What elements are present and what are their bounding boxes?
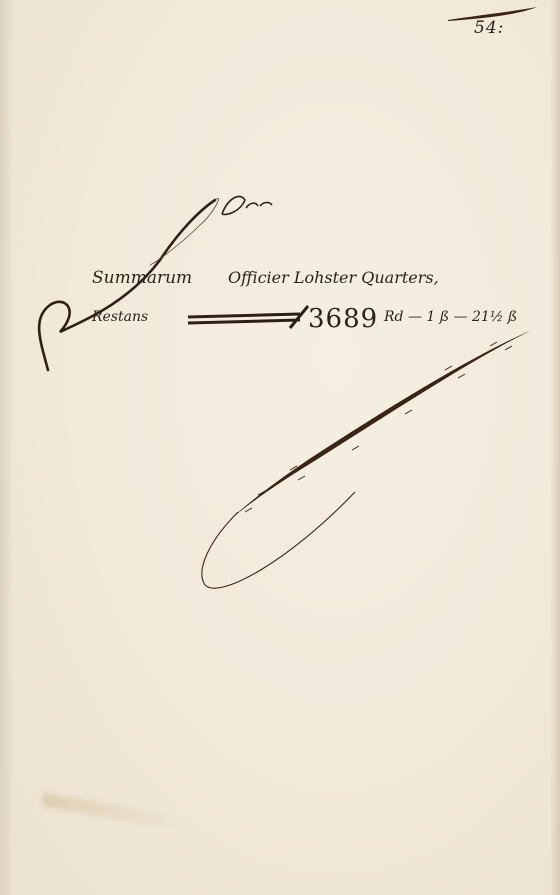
- manuscript-page: 54: Summarum Officier Lohster Quarters, …: [0, 0, 560, 895]
- summarum-text: Summarum: [92, 268, 192, 288]
- summarum-head: [222, 196, 272, 214]
- balance-amount: 3689: [308, 304, 378, 334]
- ink-flourishes: [0, 0, 560, 895]
- stroke-hatching: [245, 342, 512, 512]
- closing-loop: [202, 492, 355, 588]
- restans-rule: [188, 306, 308, 328]
- summarum-loop: [150, 198, 219, 265]
- officier-quarters-text: Officier Lohster Quarters,: [228, 268, 439, 287]
- restans-label: Restans: [92, 309, 148, 325]
- page-number: 54:: [474, 18, 504, 38]
- balance-units: Rd — 1 ß — 21½ ß: [384, 309, 517, 325]
- closing-stroke: [230, 330, 532, 520]
